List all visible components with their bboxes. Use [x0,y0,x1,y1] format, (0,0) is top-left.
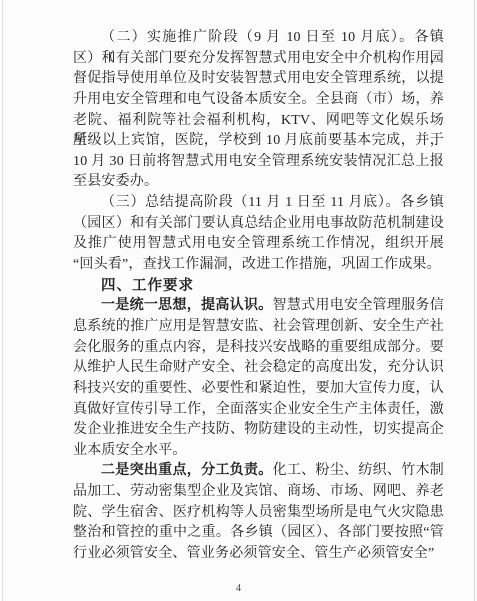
text-segment: 及推广使用智慧式用电安全管理系统工作情况，组织开展 [73,236,444,251]
text-segment: “回头看”，查找工作漏洞，改进工作措施，巩固工作成果。 [73,257,441,272]
text-segment: 星级以上宾馆，医院，学校到 10 月底前要基本完成，并于 [73,133,444,148]
text-line: 院、学生宿舍、医疗机构等人员密集型场所是电气火灾隐患 [73,503,444,524]
document-body: （二）实施推广阶段（9 月 10 日至 10 月底）。各镇（园区）和有关部门要充… [73,28,444,565]
text-segment: 区）和有关部门要充分发挥智慧式用电安全中介机构作用， [73,51,444,66]
text-segment: 科技兴安的重要性、必要性和紧迫性，要加大宣传力度，认 [73,381,444,396]
text-line: 督促指导使用单位及时安装智慧式用电安全管理系统，以提 [73,69,444,90]
text-line: 至县安委办。 [73,172,444,193]
text-segment: 整治和管控的重中之重。各乡镇（园区）、各部门要按照“管 [73,525,444,540]
text-line: 升用电安全管理和电气设备本质安全。全县商（市）场，养 [73,90,444,111]
text-segment: 督促指导使用单位及时安装智慧式用电安全管理系统，以提 [73,71,444,86]
text-segment: 化工、粉尘、纺织、竹木制 [273,463,444,478]
text-line: 区）和有关部门要充分发挥智慧式用电安全中介机构作用， [73,49,444,70]
text-line: 科技兴安的重要性、必要性和紧迫性，要加大宣传力度，认 [73,379,444,400]
section-heading: 四、工作要求 [73,276,444,297]
text-segment: 至县安委办。 [73,174,158,189]
text-line: 品加工、劳动密集型企业及宾馆、商场、市场、网吧、养老 [73,482,444,503]
text-line: 发企业推进安全生产技防、物防建设的主动性，切实提高企 [73,420,444,441]
bold-lead-in-text: 二是突出重点，分工负责。 [101,463,273,478]
text-line: “回头看”，查找工作漏洞，改进工作措施，巩固工作成果。 [73,255,444,276]
text-line: 业本质安全水平。 [73,441,444,462]
text-line: 一是统一思想，提高认识。智慧式用电安全管理服务信 [73,296,444,317]
text-line: 真做好宣传引导工作，全面落实企业安全生产主体责任，激 [73,400,444,421]
text-segment: 从维护人民生命财产安全、社会稳定的高度出发，充分认识 [73,360,444,375]
text-line: 息系统的推广应用是智慧安监、社会管理创新、安全生产社 [73,317,444,338]
text-line: 整治和管控的重中之重。各乡镇（园区）、各部门要按照“管 [73,523,444,544]
text-segment: 升用电安全管理和电气设备本质安全。全县商（市）场，养 [73,92,444,107]
text-segment: 品加工、劳动密集型企业及宾馆、商场、市场、网吧、养老 [73,484,444,499]
text-line: 老院、福利院等社会福利机构，KTV、网吧等文化娱乐场所， [73,111,444,132]
text-line: 行业必须管安全、管业务必须管安全、管生产必须管安全” [73,544,444,565]
text-segment: （三）总结提高阶段（11 月 1 日至 11 月底）。各乡镇 [101,195,444,210]
page-number: 4 [0,583,477,594]
bold-lead-in-text: 一是统一思想，提高认识。 [101,298,273,313]
bold-lead-in-text: 四、工作要求 [101,278,194,294]
text-segment: 发企业推进安全生产技防、物防建设的主动性，切实提高企 [73,422,444,437]
text-segment: 会化服务的重点内容，是科技兴安战略的重要组成部分。要 [73,340,444,355]
text-line: 二是突出重点，分工负责。化工、粉尘、纺织、竹木制 [73,461,444,482]
text-line: 10 月 30 日前将智慧式用电安全管理系统安装情况汇总上报 [73,152,444,173]
text-segment: （园区）和有关部门要认真总结企业用电事故防范机制建设 [73,216,444,231]
page-left-edge-line [2,0,3,601]
text-line: （三）总结提高阶段（11 月 1 日至 11 月底）。各乡镇 [73,193,444,214]
text-segment: 业本质安全水平。 [73,443,187,458]
text-segment: 真做好宣传引导工作，全面落实企业安全生产主体责任，激 [73,402,444,417]
text-line: 从维护人民生命财产安全、社会稳定的高度出发，充分认识 [73,358,444,379]
document-page: { "page": { "number": "4" }, "colors": {… [0,0,477,601]
text-line: （二）实施推广阶段（9 月 10 日至 10 月底）。各镇（园 [73,28,444,49]
text-line: 及推广使用智慧式用电安全管理系统工作情况，组织开展 [73,234,444,255]
text-segment: 10 月 30 日前将智慧式用电安全管理系统安装情况汇总上报 [73,154,444,169]
text-segment: 息系统的推广应用是智慧安监、社会管理创新、安全生产社 [73,319,444,334]
text-line: 星级以上宾馆，医院，学校到 10 月底前要基本完成，并于 [73,131,444,152]
text-segment: 行业必须管安全、管业务必须管安全、管生产必须管安全” [73,546,434,561]
text-segment: 院、学生宿舍、医疗机构等人员密集型场所是电气火灾隐患 [73,505,444,520]
text-line: 会化服务的重点内容，是科技兴安战略的重要组成部分。要 [73,338,444,359]
text-line: （园区）和有关部门要认真总结企业用电事故防范机制建设 [73,214,444,235]
text-segment: 智慧式用电安全管理服务信 [273,298,444,313]
page-right-edge-line [474,0,475,601]
